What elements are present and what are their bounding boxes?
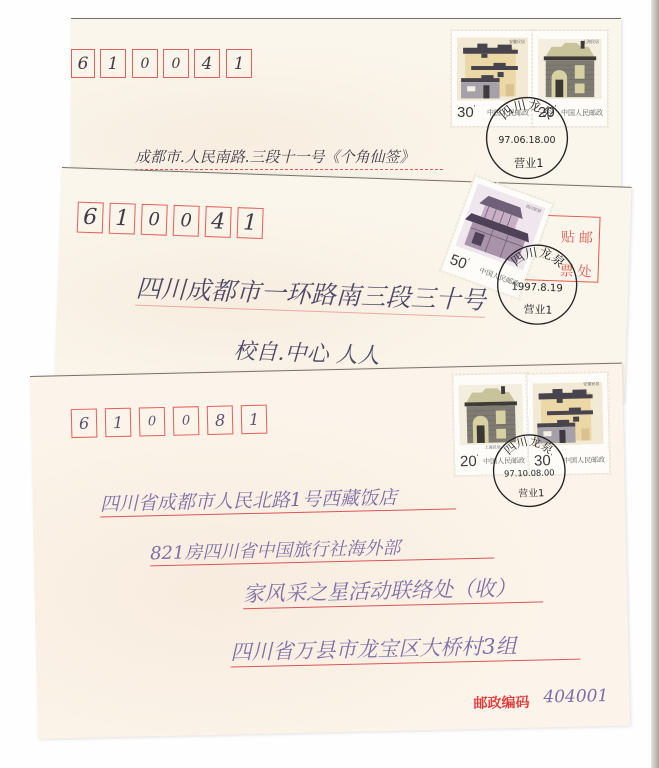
stamp-label: 上海民居	[583, 39, 599, 45]
postal-code-box: 8	[207, 405, 234, 435]
postal-code-box: 0	[141, 204, 168, 236]
postmark: 四川龙泉 97.10.08.00 营业1	[490, 432, 568, 510]
postmark-date: 1997.8.19	[511, 282, 563, 295]
stamp-value: 30	[457, 104, 475, 121]
postal-code-box: 0	[163, 49, 189, 78]
postal-code-box: 4	[205, 206, 232, 238]
postmark: 四川龙泉 1997.8.19 营业1	[494, 241, 581, 328]
envelope-3: 6 1 0 0 8 1 上海民居 20 中国人民邮政	[30, 363, 630, 739]
postal-code-box: 0	[132, 49, 158, 78]
postmark-counter: 营业1	[514, 156, 543, 170]
recipient-name-line: 家风采之星活动联络处（收）	[243, 571, 544, 609]
postal-code-label: 邮政编码	[473, 692, 529, 713]
postal-code-box: 0	[173, 406, 200, 436]
stamp-label: 安徽民居	[583, 381, 599, 387]
postmark-place: 四川龙泉	[501, 434, 556, 458]
sender-address-line: 四川省万县市龙宝区大桥村3组	[230, 629, 581, 668]
postal-code-box: 1	[237, 207, 264, 239]
postal-code-box: 0	[139, 407, 166, 437]
postal-code-box: 1	[241, 405, 268, 435]
postal-code-box: 6	[71, 49, 95, 78]
postmark-place: 四川龙泉	[508, 244, 569, 271]
recipient-address-line: 四川成都市一环路南三段三十号	[135, 269, 486, 318]
postmark-counter: 营业1	[518, 486, 544, 500]
stamp-art-anhui-house	[457, 36, 528, 102]
recipient-address-line: 四川省成都市人民北路1号西藏饭店	[100, 481, 457, 517]
postal-code-box: 1	[105, 408, 132, 438]
postal-code-box: 1	[226, 49, 252, 78]
stamp-value: 20	[460, 453, 479, 470]
stamp-label: 安徽民居	[509, 39, 525, 45]
postal-code-box: 6	[77, 202, 104, 234]
sender-postal-code: 404001	[543, 686, 608, 707]
stamp-art-shanghai-house	[538, 36, 602, 102]
postal-code-box: 1	[100, 49, 126, 78]
stamp-issuer: 中国人民邮政	[563, 455, 605, 466]
postmark: 四川龙泉 97.06.18.00 营业1	[484, 95, 570, 181]
postmark-place: 四川龙泉	[497, 97, 557, 123]
stamp-box-char: 邮	[579, 227, 594, 247]
stamp-value: 50	[448, 251, 471, 273]
postal-code-box: 4	[194, 49, 220, 78]
recipient-address-line: 校自.中心 人人	[233, 334, 380, 370]
postal-code-box: 1	[109, 203, 136, 235]
postmark-counter: 营业1	[523, 302, 552, 317]
recipient-address-line: 成都市.人民南路.三段十一号《个角仙签》	[135, 146, 443, 170]
postmark-date: 97.06.18.00	[498, 135, 555, 146]
postal-code-box: 0	[173, 205, 200, 237]
postal-code-box: 6	[71, 408, 98, 438]
postmark-date: 97.10.08.00	[504, 467, 555, 478]
scanner-edge	[651, 0, 659, 768]
recipient-address-line: 821房四川省中国旅行社海外部	[150, 532, 495, 567]
